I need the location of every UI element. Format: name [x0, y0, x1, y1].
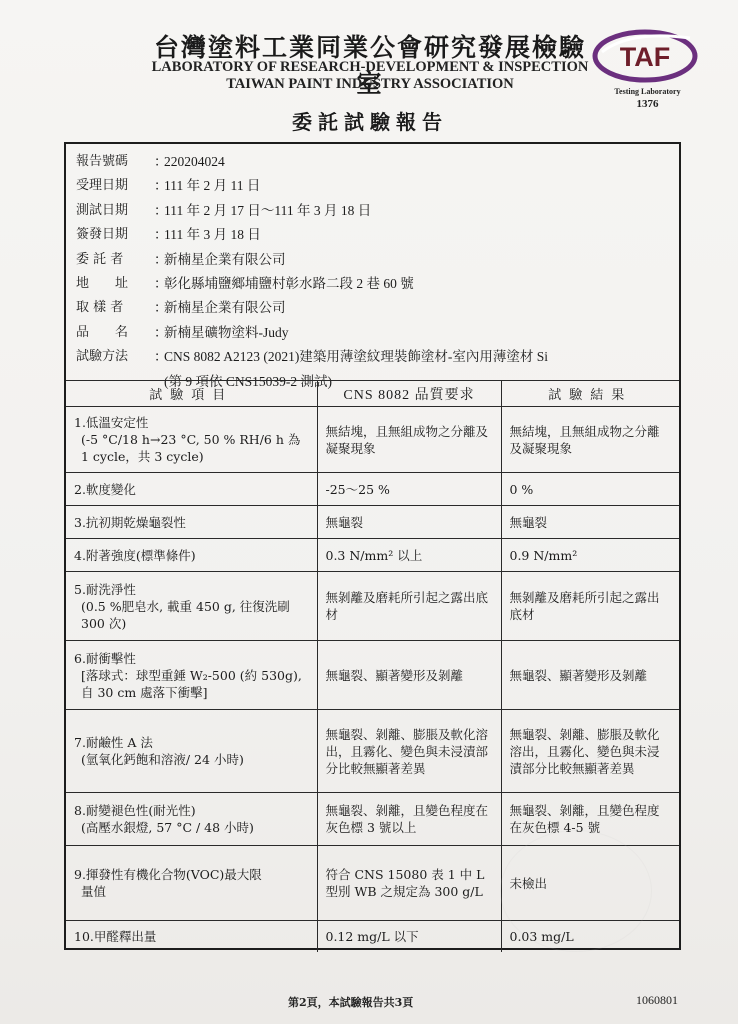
table-row: 7.耐鹼性 A 法 (氫氧化鈣飽和溶液/ 24 小時) 無龜裂、剝離、膨脹及軟化…	[66, 710, 679, 793]
requirement-cell: 0.12 mg/L 以下	[317, 921, 501, 952]
column-header-result: 試驗結果	[501, 381, 679, 407]
test-item-title: 10.甲醛釋出量	[74, 928, 309, 945]
test-item-title: 9.揮發性有機化合物(VOC)最大限	[74, 866, 309, 883]
table-row: 4.附著強度(標準條件) 0.3 N/mm² 以上 0.9 N/mm²	[66, 539, 679, 572]
report-header: 台灣塗料工業同業公會研究發展檢驗室 LABORATORY OF RESEARCH…	[0, 0, 738, 140]
taf-subtitle: Testing Laboratory	[590, 87, 705, 96]
test-item-cell: 10.甲醛釋出量	[66, 921, 317, 952]
requirement-cell: 無剝離及磨耗所引起之露出底材	[317, 572, 501, 641]
taf-lab-number: 1376	[590, 98, 705, 110]
result-cell: 無龜裂、剝離、膨脹及軟化溶出，且霧化、變色與未浸漬部分比較無顯著差異	[501, 710, 679, 793]
test-item-cell: 2.軟度變化	[66, 473, 317, 506]
info-value: 111 年 3 月 18 日	[164, 223, 261, 247]
table-row: 6.耐衝擊性 [落球式：球型重錘 W₂-500 (約 530g), 自 30 c…	[66, 641, 679, 710]
svg-text:TAF: TAF	[620, 42, 670, 72]
taf-logo-icon: TAF	[590, 24, 705, 86]
info-label: 受理日期	[76, 174, 154, 198]
result-cell: 無龜裂	[501, 506, 679, 539]
info-value: 新楠星礦物塗料-Judy	[164, 321, 289, 345]
info-row-address: 地 址：彰化縣埔鹽鄉埔鹽村彰水路二段 2 巷 60 號	[76, 272, 676, 296]
info-value: CNS 8082 A2123 (2021)建築用薄塗紋理裝飾塗材-室內用薄塗材 …	[164, 345, 548, 369]
test-item-title: 8.耐變褪色性(耐光性)	[74, 802, 309, 819]
test-item-conditions: 量值	[74, 883, 309, 900]
page-indicator: 第2頁，本試驗報告共3頁	[288, 994, 413, 1010]
info-value: 彰化縣埔鹽鄉埔鹽村彰水路二段 2 巷 60 號	[164, 272, 414, 296]
column-header-test-item: 試驗項目	[66, 381, 317, 407]
test-item-conditions: [落球式：球型重錘 W₂-500 (約 530g), 自 30 cm 處落下衝擊…	[74, 667, 309, 701]
table-row: 1.低溫安定性 (-5 °C/18 h→23 °C, 50 % RH/6 h 為…	[66, 407, 679, 473]
test-item-title: 4.附著強度(標準條件)	[74, 547, 309, 564]
result-cell: 0.9 N/mm²	[501, 539, 679, 572]
result-cell: 0 %	[501, 473, 679, 506]
info-value: 111 年 2 月 11 日	[164, 174, 260, 198]
embossed-seal	[500, 830, 652, 952]
info-label: 測試日期	[76, 199, 154, 223]
table-row: 5.耐洗淨性 (0.5 %肥皂水, 載重 450 g, 往復洗刷 300 次) …	[66, 572, 679, 641]
info-row-sampler: 取 樣 者：新楠星企業有限公司	[76, 296, 676, 320]
table-header-row: 試驗項目 CNS 8082 品質要求 試驗結果	[66, 381, 679, 407]
test-item-cell: 9.揮發性有機化合物(VOC)最大限 量值	[66, 846, 317, 921]
requirement-cell: 無龜裂、剝離，且變色程度在灰色標 3 號以上	[317, 793, 501, 846]
info-row-test-date: 測試日期：111 年 2 月 17 日～111 年 3 月 18 日	[76, 199, 676, 223]
test-item-title: 5.耐洗淨性	[74, 581, 309, 598]
info-row-received-date: 受理日期：111 年 2 月 11 日	[76, 174, 676, 198]
test-item-title: 7.耐鹼性 A 法	[74, 734, 309, 751]
test-item-conditions: (氫氧化鈣飽和溶液/ 24 小時)	[74, 751, 309, 768]
report-info-block: 報告號碼：220204024 受理日期：111 年 2 月 11 日 測試日期：…	[76, 150, 676, 394]
form-code: 1060801	[636, 993, 678, 1008]
association-name-english: TAIWAN PAINT INDUSTRY ASSOCIATION	[130, 76, 610, 93]
report-frame: 報告號碼：220204024 受理日期：111 年 2 月 11 日 測試日期：…	[64, 142, 681, 950]
requirement-cell: -25～25 %	[317, 473, 501, 506]
test-item-cell: 3.抗初期乾燥龜裂性	[66, 506, 317, 539]
info-row-issue-date: 簽發日期：111 年 3 月 18 日	[76, 223, 676, 247]
test-item-title: 1.低溫安定性	[74, 414, 309, 431]
taf-accreditation-badge: TAF Testing Laboratory 1376	[590, 24, 705, 114]
column-header-requirement: CNS 8082 品質要求	[317, 381, 501, 407]
table-row: 3.抗初期乾燥龜裂性 無龜裂 無龜裂	[66, 506, 679, 539]
requirement-cell: 無龜裂	[317, 506, 501, 539]
info-label: 簽發日期	[76, 223, 154, 247]
info-label: 取 樣 者	[76, 296, 154, 320]
test-item-conditions: (0.5 %肥皂水, 載重 450 g, 往復洗刷 300 次)	[74, 598, 309, 632]
info-value: 新楠星企業有限公司	[164, 296, 286, 320]
lab-name-english: LABORATORY OF RESEARCH-DEVELOPMENT & INS…	[130, 59, 610, 76]
info-value: 新楠星企業有限公司	[164, 248, 286, 272]
info-label: 試驗方法	[76, 345, 154, 369]
requirement-cell: 無龜裂、顯著變形及剝離	[317, 641, 501, 710]
test-item-cell: 1.低溫安定性 (-5 °C/18 h→23 °C, 50 % RH/6 h 為…	[66, 407, 317, 473]
test-item-title: 6.耐衝擊性	[74, 650, 309, 667]
test-item-cell: 4.附著強度(標準條件)	[66, 539, 317, 572]
test-item-conditions: (高壓水銀燈, 57 °C / 48 小時)	[74, 819, 309, 836]
info-value: 111 年 2 月 17 日～111 年 3 月 18 日	[164, 199, 371, 223]
result-cell: 無剝離及磨耗所引起之露出底材	[501, 572, 679, 641]
test-item-cell: 6.耐衝擊性 [落球式：球型重錘 W₂-500 (約 530g), 自 30 c…	[66, 641, 317, 710]
requirement-cell: 無龜裂、剝離、膨脹及軟化溶出，且霧化、變色與未浸漬部分比較無顯著差異	[317, 710, 501, 793]
test-item-conditions: (-5 °C/18 h→23 °C, 50 % RH/6 h 為 1 cycle…	[74, 431, 309, 465]
test-item-cell: 8.耐變褪色性(耐光性) (高壓水銀燈, 57 °C / 48 小時)	[66, 793, 317, 846]
test-item-title: 2.軟度變化	[74, 481, 309, 498]
info-value: 220204024	[164, 150, 225, 174]
info-row-report-number: 報告號碼：220204024	[76, 150, 676, 174]
info-row-product-name: 品 名：新楠星礦物塗料-Judy	[76, 321, 676, 345]
info-label: 地 址	[76, 272, 154, 296]
requirement-cell: 符合 CNS 15080 表 1 中 L 型別 WB 之規定為 300 g/L	[317, 846, 501, 921]
info-row-client: 委 託 者：新楠星企業有限公司	[76, 248, 676, 272]
info-label: 品 名	[76, 321, 154, 345]
info-label: 報告號碼	[76, 150, 154, 174]
result-cell: 無結塊，且無組成物之分離及凝聚現象	[501, 407, 679, 473]
report-title: 委託試驗報告	[220, 106, 520, 135]
result-cell: 無龜裂、顯著變形及剝離	[501, 641, 679, 710]
info-label: 委 託 者	[76, 248, 154, 272]
table-row: 2.軟度變化 -25～25 % 0 %	[66, 473, 679, 506]
info-row-test-method: 試驗方法：CNS 8082 A2123 (2021)建築用薄塗紋理裝飾塗材-室內…	[76, 345, 676, 369]
test-item-title: 3.抗初期乾燥龜裂性	[74, 514, 309, 531]
requirement-cell: 0.3 N/mm² 以上	[317, 539, 501, 572]
requirement-cell: 無結塊，且無組成物之分離及凝聚現象	[317, 407, 501, 473]
test-item-cell: 7.耐鹼性 A 法 (氫氧化鈣飽和溶液/ 24 小時)	[66, 710, 317, 793]
test-item-cell: 5.耐洗淨性 (0.5 %肥皂水, 載重 450 g, 往復洗刷 300 次)	[66, 572, 317, 641]
